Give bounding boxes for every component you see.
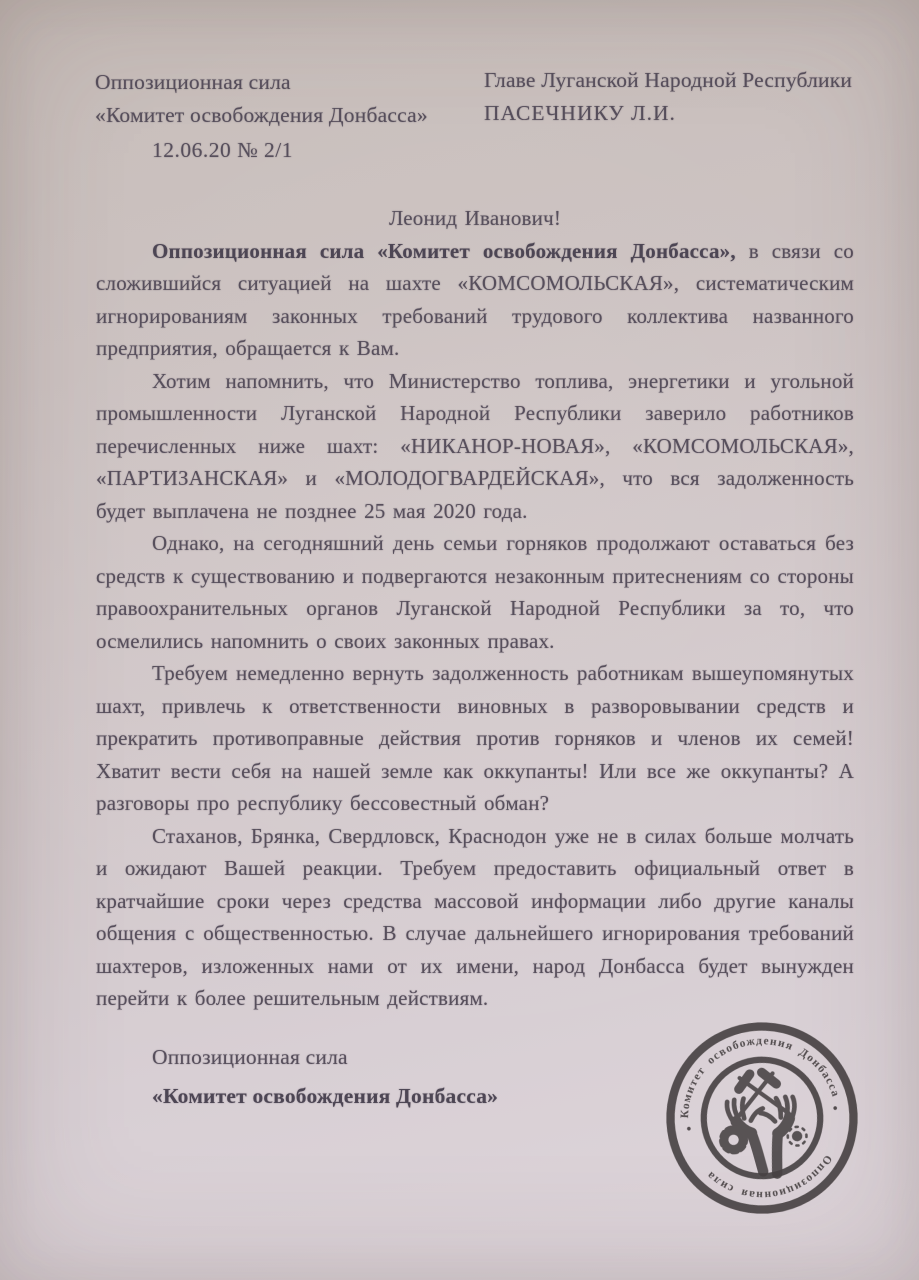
letterhead-recipient: Главе Луганской Народной Республики ПАСЕ… <box>484 64 852 130</box>
seal-inner-ring <box>696 1052 828 1184</box>
signature-committee-line: «Комитет освобождения Донбасса» <box>152 1077 498 1116</box>
paragraph-1-lead: Оппозиционная сила «Комитет освобождения… <box>152 239 736 263</box>
document-photo: Оппозиционная сила «Комитет освобождения… <box>0 0 919 1280</box>
recipient-name: ПАСЕЧНИКУ Л.И. <box>484 97 852 130</box>
seal-separator-dot-left: • <box>686 1121 693 1137</box>
reference-number: 12.06.20 № 2/1 <box>152 138 293 163</box>
paragraph-2: Хотим напомнить, что Министерство топлив… <box>96 365 854 528</box>
signature-org-line: Оппозиционная сила <box>152 1038 498 1077</box>
seal-outer-ring <box>659 1015 866 1222</box>
letter-body: Леонид Иванович! Оппозиционная сила «Ком… <box>96 202 854 1015</box>
paragraph-4: Требуем немедленно вернуть задолженность… <box>96 657 854 820</box>
sender-committee-name: «Комитет освобождения Донбасса» <box>95 99 428 132</box>
paragraph-3: Однако, на сегодняшний день семьи горняк… <box>96 527 854 657</box>
paragraph-5: Стаханов, Брянка, Свердловск, Краснодон … <box>96 820 854 1015</box>
letter-page: Оппозиционная сила «Комитет освобождения… <box>0 0 919 1280</box>
seal-separator-dot-right: • <box>832 1101 839 1117</box>
seal-stamp: Комитет освобождения Донбасса Оппозицион… <box>645 1001 880 1236</box>
recipient-title: Главе Луганской Народной Республики <box>484 64 852 97</box>
salutation: Леонид Иванович! <box>96 202 854 235</box>
seal-bottom-text: Оппозиционная сила <box>703 1151 838 1209</box>
letterhead-sender: Оппозиционная сила «Комитет освобождения… <box>95 66 428 132</box>
signature-block: Оппозиционная сила «Комитет освобождения… <box>152 1038 498 1116</box>
svg-text:Комитет освобождения Донбасса: Комитет освобождения Донбасса <box>669 1025 842 1121</box>
right-hand-icon <box>759 1096 804 1175</box>
paragraph-1-text: в связи со сложившийся ситуацией на шахт… <box>96 239 854 361</box>
sender-org-name: Оппозиционная сила <box>95 66 428 99</box>
left-hand-icon <box>726 1096 771 1175</box>
gear-icon <box>721 1127 747 1153</box>
crossed-hammers-icon <box>729 1069 789 1120</box>
svg-text:Оппозиционная сила: Оппозиционная сила <box>703 1151 838 1209</box>
paragraph-1: Оппозиционная сила «Комитет освобождения… <box>96 235 854 365</box>
seal-top-text: Комитет освобождения Донбасса <box>669 1025 842 1121</box>
sun-icon <box>787 1126 808 1147</box>
